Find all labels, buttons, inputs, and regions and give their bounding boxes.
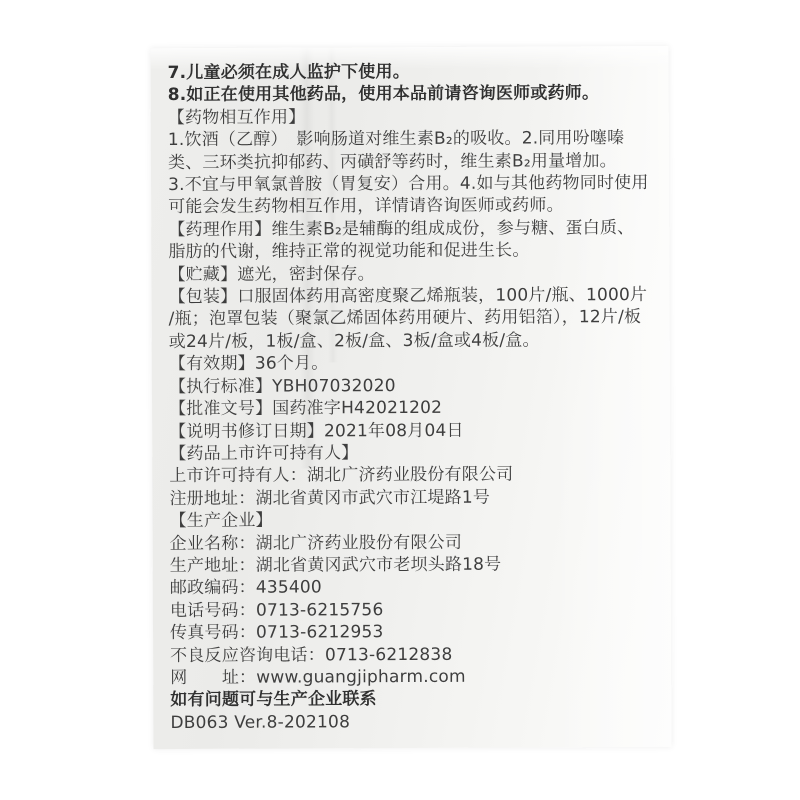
leaflet-line: 企业名称：湖北广济药业股份有限公司 [170, 530, 656, 555]
section-heading-standard: 【执行标准】YBH07032020 [169, 374, 655, 399]
section-heading-revision-date: 【说明书修订日期】2021年08月04日 [169, 418, 655, 443]
section-heading-drug-interactions: 【药物相互作用】 [168, 105, 654, 130]
leaflet-line: 类、三环类抗抑郁药、丙磺舒等药时，维生素B₂用量增加。 [168, 150, 654, 175]
leaflet-line: 传真号码：0713-6212953 [170, 620, 656, 645]
leaflet-line: /瓶；泡罩包装（聚氯乙烯固体药用硬片、药用铝箔），12片/板 [169, 306, 655, 331]
leaflet-line: 网 址：www.guangjipharm.com [170, 665, 656, 690]
insert-text-block: 7.儿童必须在成人监护下使用。 8.如正在使用其他药品，使用本品前请咨询医师或药… [168, 60, 657, 734]
photo-background: 7.儿童必须在成人监护下使用。 8.如正在使用其他药品，使用本品前请咨询医师或药… [0, 0, 800, 800]
leaflet-line: 脂肪的代谢，维持正常的视觉功能和促进生长。 [168, 239, 654, 264]
leaflet-line: 电话号码：0713-6215756 [170, 598, 656, 623]
leaflet-line: 或24片/板，1板/盒、2板/盒、3板/盒或4板/盒。 [169, 329, 655, 354]
section-heading-approval-number: 【批准文号】国药准字H42021202 [169, 396, 655, 421]
package-insert-paper: 7.儿童必须在成人监护下使用。 8.如正在使用其他药品，使用本品前请咨询医师或药… [150, 46, 671, 749]
leaflet-line: 1.饮酒（乙醇） 影响肠道对维生素B₂的吸收。2.同用吩噻嗪 [168, 127, 654, 152]
section-heading-license-holder: 【药品上市许可持有人】 [169, 441, 655, 466]
section-heading-packaging: 【包装】口服固体药用高密度聚乙烯瓶装，100片/瓶、1000片 [169, 284, 655, 309]
leaflet-line: 生产地址：湖北省黄冈武穴市老坝头路18号 [170, 553, 656, 578]
leaflet-line: 8.如正在使用其他药品，使用本品前请咨询医师或药师。 [168, 82, 654, 107]
leaflet-line: 上市许可持有人：湖北广济药业股份有限公司 [169, 463, 655, 488]
section-heading-validity: 【有效期】36个月。 [169, 351, 655, 376]
contact-note-line: 如有问题可与生产企业联系 [170, 687, 656, 712]
leaflet-line: 邮政编码：435400 [170, 575, 656, 600]
leaflet-line: 不良反应咨询电话：0713-6212838 [170, 642, 656, 667]
section-heading-pharmacology: 【药理作用】维生素B₂是辅酶的组成成份，参与糖、蛋白质、 [168, 217, 654, 242]
section-heading-manufacturer: 【生产企业】 [169, 508, 655, 533]
leaflet-line: 3.不宜与甲氧氯普胺（胃复安）合用。4.如与其他药物同时使用 [168, 172, 654, 197]
section-heading-storage: 【贮藏】遮光，密封保存。 [168, 262, 654, 287]
leaflet-line: 7.儿童必须在成人监护下使用。 [168, 60, 654, 85]
leaflet-line: 可能会发生药物相互作用，详情请咨询医师或药师。 [168, 194, 654, 219]
leaflet-line: 注册地址：湖北省黄冈市武穴市江堤路1号 [169, 486, 655, 511]
version-code-line: DB063 Ver.8-202108 [170, 710, 656, 735]
